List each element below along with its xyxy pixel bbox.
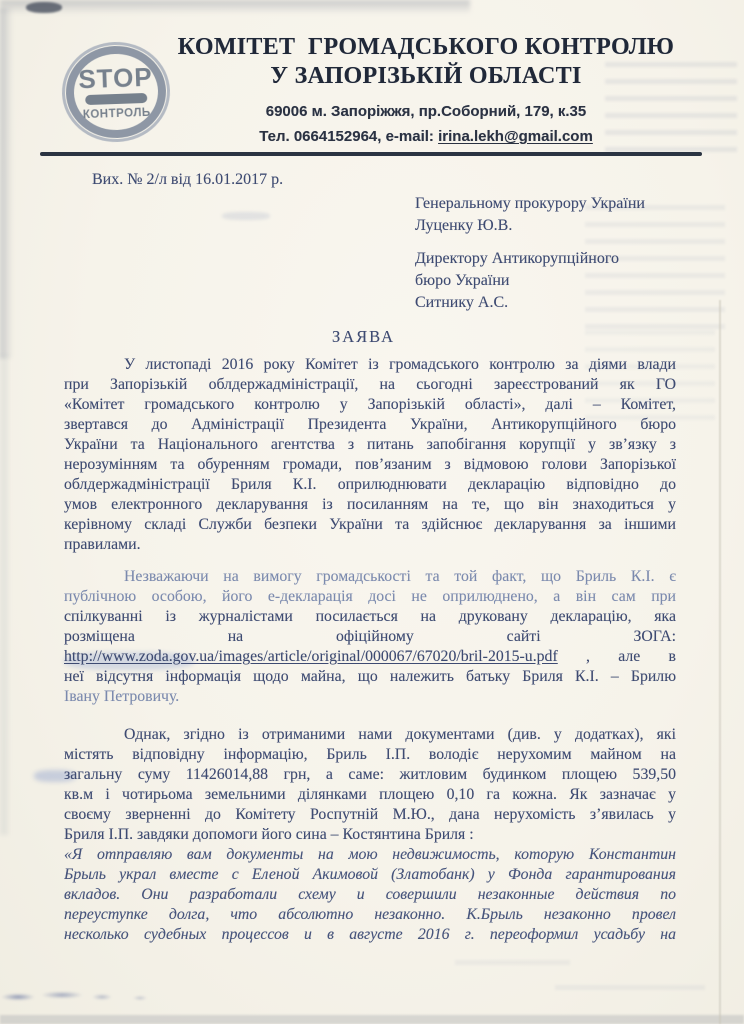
body-line: умов електронного декларування із посила… [64,495,676,515]
scan-artifact-left-streak [0,8,13,358]
body-line: «Комітет громадського контролю у Запоріз… [64,395,676,415]
body-line: звертався до Адміністрації Президента Ук… [64,415,676,435]
scanned-letter-page: STOP КОНТРОЛЬ КОМІТЕТ ГРОМАДСЬКОГО КОНТР… [0,0,744,1024]
body-line: своєму зверненні до Комітету Роспутній М… [64,805,676,825]
body-line: «Я отправляю вам документы на мою недвиж… [64,845,676,865]
recipient-block: Генеральному прокурору УкраїниЛуценку Ю.… [415,193,645,237]
body-paragraph: У листопаді 2016 року Комітет із громадс… [64,355,676,555]
stamp-control-text: КОНТРОЛЬ [83,106,151,120]
body-line: http://www.zoda.gov.ua/images/article/or… [64,647,676,667]
org-name-line-2: У ЗАПОРІЗЬКІЙ ОБЛАСТІ [168,62,684,91]
body-line: правилами. [64,535,676,555]
body-line: Незважаючи на вимогу громадськості та то… [64,567,676,587]
body-line: Бриля І.П. завдяки допомоги його сина – … [64,825,676,845]
recipient-line: Луценку Ю.В. [415,215,645,237]
body-line: загальну суму 11426014,88 грн, а саме: ж… [64,765,676,785]
stop-control-stamp-logo: STOP КОНТРОЛЬ [60,40,171,144]
quoted-statement-paragraph: «Я отправляю вам документы на мою недвиж… [64,845,676,945]
scan-artifact-top-band [0,0,470,14]
org-name-line-1: КОМІТЕТ ГРОМАДСЬКОГО КОНТРОЛЮ [168,33,684,62]
body-line: керівному складі Служби безпеки України … [64,515,676,535]
phone-label: Тел. 0664152964, e-mail: [259,128,438,145]
body-line: несколько судебных процессов и в августе… [64,925,676,945]
recipient-line: Генеральному прокурору України [415,193,645,215]
body-line: при Запорізькій облдержадміністрації, на… [64,375,676,395]
scan-artifact-bleedthrough [455,960,570,974]
letterhead-divider [40,152,702,156]
letter-body: У листопаді 2016 року Комітет із громадс… [64,355,676,945]
body-line: облдержадміністрації Бриля К.І. оприлюдн… [64,475,676,495]
stamp-inner-ring: STOP КОНТРОЛЬ [64,44,167,139]
letterhead: КОМІТЕТ ГРОМАДСЬКОГО КОНТРОЛЮ У ЗАПОРІЗЬ… [168,33,684,145]
declaration-url-link[interactable]: http://www.zoda.gov.ua/images/article/or… [64,648,558,665]
body-line: публічною особою, його е-декларація досі… [64,587,676,607]
body-line: спілкуванні із журналістами посилається … [64,607,676,627]
body-line: Івану Петровичу. [64,687,676,707]
document-title: ЗАЯВА [332,327,395,347]
body-line: нерозумінням та обуренням громади, пов’я… [64,455,676,475]
body-line: розміщена на офіційному сайті ЗОГА: [64,627,676,647]
body-line: Брыль украл вместе с Еленой Акимовой (Зл… [64,865,676,885]
scan-artifact-left-streak-2 [0,355,8,835]
recipient-blocks: Генеральному прокурору УкраїниЛуценку Ю.… [415,193,645,314]
body-paragraph: Незважаючи на вимогу громадськості та то… [64,567,676,707]
body-line: кв.м і чотирьома земельними ділянками пл… [64,785,676,805]
body-line: переуступке долга, что абсолютно незакон… [64,905,676,925]
org-address: 69006 м. Запоріжжя, пр.Соборний, 179, к.… [168,103,684,120]
org-contacts: Тел. 0664152964, e-mail: irina.lekh@gmai… [168,128,684,145]
recipient-line: бюро України [415,270,645,292]
scan-artifact-fold-line [719,300,721,1024]
scan-artifact-ink-smudge [0,988,160,1006]
scan-artifact-bleedthrough [555,985,705,999]
stamp-outer-ring: STOP КОНТРОЛЬ [60,40,171,144]
scan-artifact-bottom-edge [0,1015,744,1024]
email-link[interactable]: irina.lekh@gmail.com [438,128,593,145]
recipient-block: Директору Антикорупційногобюро УкраїниСи… [415,248,645,314]
body-line: Однак, згідно із отриманими нами докумен… [64,725,676,745]
stamp-bar-icon [85,92,147,104]
body-line: У листопаді 2016 року Комітет із громадс… [64,355,676,375]
recipient-line: Ситнику А.С. [415,292,645,314]
body-line: вкладов. Они разработали схему и соверши… [64,885,676,905]
body-text-segment: , але в [558,648,676,665]
body-line: України та Національного агентства з пит… [64,435,676,455]
scan-artifact-top-blob [26,2,62,13]
stamp-stop-text: STOP [78,63,153,92]
body-paragraph: Однак, згідно із отриманими нами докумен… [64,725,676,845]
scan-artifact-ink-smear [222,212,270,220]
body-line: неї відсутня інформація щодо майна, що н… [64,667,676,687]
reference-number: Вих. № 2/л від 16.01.2017 р. [92,171,283,189]
recipient-line: Директору Антикорупційного [415,248,645,270]
body-line: містять відповідну інформацію, Бриль І.П… [64,745,676,765]
